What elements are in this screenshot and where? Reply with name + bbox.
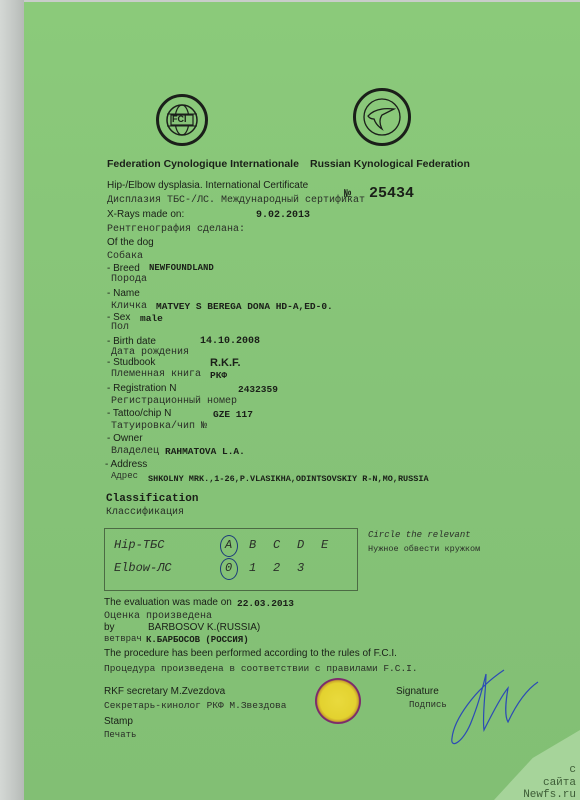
tattoo-label-ru: Татуировка/чип № bbox=[111, 421, 207, 432]
tattoo-label-en: - Tattoo/chip N bbox=[107, 408, 171, 419]
birth-value: 14.10.2008 bbox=[200, 336, 260, 347]
evaluation-label-ru: Оценка произведена bbox=[104, 611, 212, 622]
hip-label: Hip-ТБС bbox=[114, 538, 164, 552]
signature-label-en: Signature bbox=[396, 686, 439, 697]
watermark-line1: с bbox=[569, 764, 576, 776]
hip-option[interactable]: D bbox=[297, 538, 304, 552]
registration-label-ru: Регистрационный номер bbox=[111, 396, 237, 407]
hip-option[interactable]: C bbox=[273, 538, 280, 552]
stamp-label-en: Stamp bbox=[104, 716, 133, 727]
evaluation-date: 22.03.2013 bbox=[237, 598, 294, 609]
by-label-en: by bbox=[104, 622, 115, 633]
owner-label-ru: Владелец bbox=[111, 446, 159, 457]
elbow-label: Elbow-ЛС bbox=[114, 561, 172, 575]
sex-label-ru: Пол bbox=[111, 322, 129, 333]
by-value-en: BARBOSOV K.(RUSSIA) bbox=[148, 622, 260, 633]
name-label-ru: Кличка bbox=[111, 301, 147, 312]
hip-option[interactable]: E bbox=[321, 538, 328, 552]
stamp-label-ru: Печать bbox=[104, 730, 136, 740]
rkf-logo bbox=[353, 88, 411, 146]
studbook-value-ru: РКФ bbox=[210, 370, 227, 381]
dog-label-ru: Собака bbox=[107, 251, 143, 262]
secretary-ru: Секретарь-кинолог РКФ М.Звездова bbox=[104, 700, 286, 711]
watermark-line2: сайта bbox=[543, 777, 576, 789]
elbow-option[interactable]: 3 bbox=[297, 561, 304, 575]
watermark-line3: Newfs.ru bbox=[523, 789, 576, 800]
studbook-label-en: - Studbook bbox=[107, 357, 155, 368]
circle-hint-ru: Нужное обвести кружком bbox=[368, 544, 480, 554]
hologram-seal bbox=[315, 678, 361, 724]
breed-value: NEWFOUNDLAND bbox=[149, 263, 214, 273]
dog-label-en: Of the dog bbox=[107, 237, 154, 248]
scanner-edge bbox=[0, 0, 24, 800]
signature-scribble bbox=[434, 660, 544, 750]
registration-value: 2432359 bbox=[238, 384, 278, 395]
elbow-option[interactable]: 2 bbox=[273, 561, 280, 575]
dog-head-icon bbox=[356, 91, 408, 143]
classification-label-ru: Классификация bbox=[106, 507, 184, 518]
by-value-ru: К.БАРБОСОВ (РОССИЯ) bbox=[146, 635, 249, 645]
studbook-value: R.K.F. bbox=[210, 357, 241, 369]
fci-name: Federation Cynologique Internationale bbox=[107, 158, 299, 170]
xray-date: 9.02.2013 bbox=[256, 210, 310, 221]
certificate-page: FCI Federation Cynologique International… bbox=[24, 2, 580, 800]
evaluation-label-en: The evaluation was made on bbox=[104, 597, 232, 608]
hip-selected-circle bbox=[220, 535, 238, 557]
xray-label-ru: Рентгенография сделана: bbox=[107, 224, 245, 235]
elbow-selected-circle bbox=[220, 558, 238, 580]
fci-logo: FCI bbox=[156, 94, 208, 146]
certificate-title-en: Hip-/Elbow dysplasia. International Cert… bbox=[107, 180, 308, 191]
by-label-ru: ветврач bbox=[104, 634, 142, 644]
owner-value: RAHMATOVA L.A. bbox=[165, 446, 245, 457]
certificate-title-ru: Дисплазия ТБС-/ЛС. Международный сертифи… bbox=[107, 195, 365, 206]
breed-label-ru: Порода bbox=[111, 274, 147, 285]
secretary-en: RKF secretary M.Zvezdova bbox=[104, 686, 225, 697]
classification-label-en: Classification bbox=[106, 493, 198, 505]
breed-label-en: - Breed bbox=[107, 263, 140, 274]
certificate-number-label: № bbox=[344, 187, 351, 201]
rkf-name: Russian Kynological Federation bbox=[310, 158, 470, 170]
address-label-en: - Address bbox=[105, 459, 147, 470]
address-label-ru: Адрес bbox=[111, 471, 138, 481]
birth-label-en: - Birth date bbox=[107, 336, 156, 347]
circle-hint-en: Circle the relevant bbox=[368, 530, 471, 540]
hip-option[interactable]: B bbox=[249, 538, 256, 552]
certificate-number: 25434 bbox=[369, 185, 414, 202]
owner-label-en: - Owner bbox=[107, 433, 143, 444]
registration-label-en: - Registration N bbox=[107, 383, 176, 394]
elbow-option[interactable]: 1 bbox=[249, 561, 256, 575]
procedure-ru: Процедура произведена в соответствии с п… bbox=[104, 663, 418, 674]
xray-label-en: X-Rays made on: bbox=[107, 209, 184, 220]
procedure-en: The procedure has been performed accordi… bbox=[104, 648, 397, 659]
address-value: SHKOLNY MRK.,1-26,P.VLASIKHA,ODINTSOVSKI… bbox=[148, 474, 429, 484]
studbook-label-ru: Племенная книга bbox=[111, 369, 201, 380]
sex-value: male bbox=[140, 313, 163, 324]
tattoo-value: GZE 117 bbox=[213, 409, 253, 420]
classification-box: Hip-ТБС Elbow-ЛС ABCDE 0123 bbox=[104, 528, 358, 591]
fci-logo-text: FCI bbox=[172, 114, 187, 124]
name-label-en: - Name bbox=[107, 288, 140, 299]
name-value: MATVEY S BEREGA DONA HD-A,ED-0. bbox=[156, 301, 333, 312]
